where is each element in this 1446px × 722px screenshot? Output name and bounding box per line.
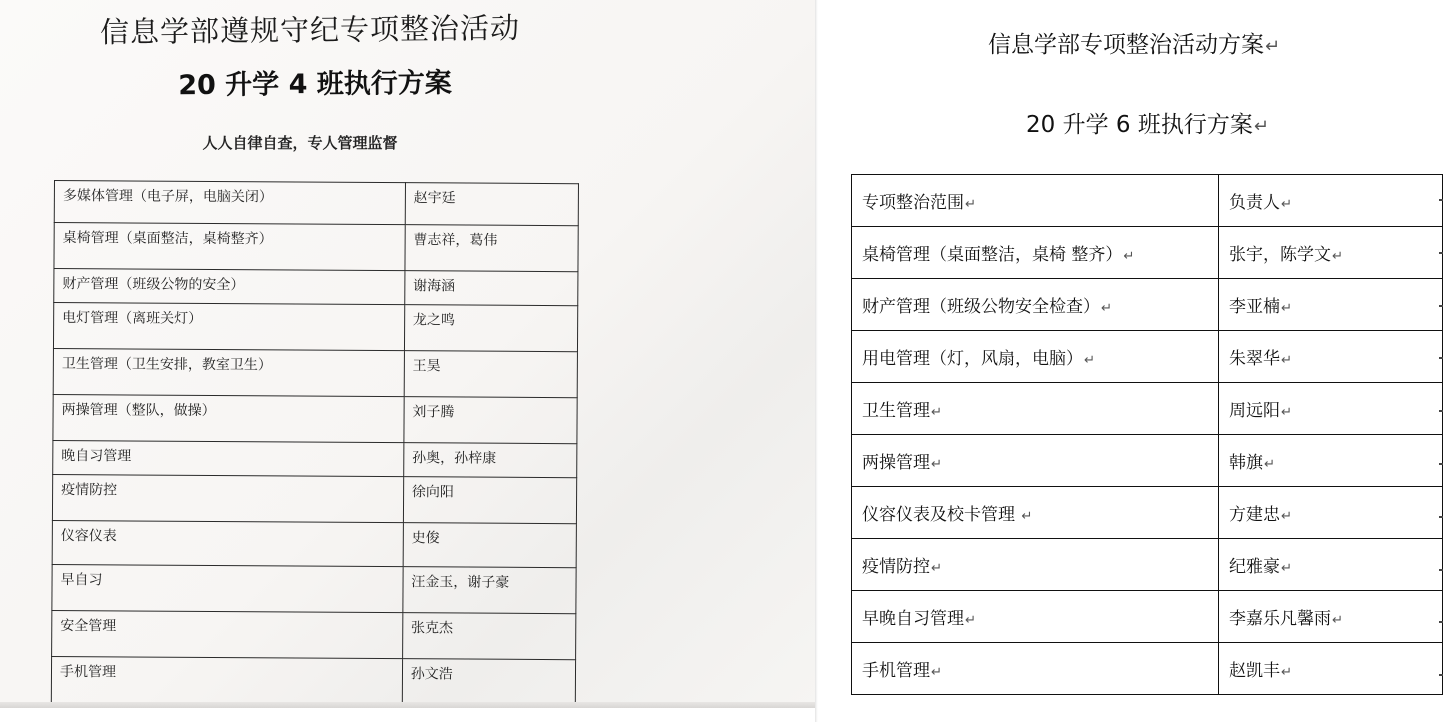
right-document: 信息学部专项整治活动方案↵ 20 升学 6 班执行方案↵ 专项整治范围↵ 负责人… (818, 0, 1446, 722)
table-row: 疫情防控徐向阳 (52, 474, 576, 523)
header-scope-cell: 专项整治范围↵ (852, 175, 1219, 227)
left-document-photo: 信息学部遵规守纪专项整治活动 20 升学 4 班执行方案 人人自律自查，专人管理… (0, 0, 815, 708)
scope-text: 桌椅管理（桌面整洁，桌椅 整齐） (862, 245, 1122, 265)
owner-cell: 孙奥，孙梓康 (403, 443, 576, 478)
left-duty-table: 多媒体管理（电子屏，电脑关闭）赵宇廷桌椅管理（桌面整洁，桌椅整齐）曹志祥，葛伟财… (51, 180, 579, 708)
scope-text: 财产管理（班级公物安全检查） (862, 297, 1100, 317)
right-title-line1-text: 信息学部专项整治活动方案 (988, 32, 1264, 58)
scope-cell: 两操管理（整队，做操） (53, 394, 404, 442)
row-end-mark-icon (1439, 674, 1443, 676)
row-end-mark-icon (1439, 252, 1443, 254)
scope-cell: 财产管理（班级公物安全检查）↵ (852, 279, 1219, 331)
owner-text: 张宇，陈学文 (1229, 245, 1331, 265)
left-subtitle: 人人自律自查，专人管理监督 (180, 132, 420, 153)
paragraph-mark-icon: ↵ (1265, 36, 1280, 57)
row-end-mark-icon (1439, 305, 1443, 307)
paragraph-mark-icon: ↵ (1332, 249, 1343, 264)
table-row: 卫生管理↵周远阳↵ (852, 383, 1443, 435)
owner-text: 赵凯丰 (1229, 661, 1280, 681)
right-duty-table: 专项整治范围↵ 负责人↵ 桌椅管理（桌面整洁，桌椅 整齐）↵张宇，陈学文↵财产管… (851, 174, 1443, 695)
paragraph-mark-icon: ↵ (1254, 116, 1269, 137)
scope-text: 用电管理（灯，风扇，电脑） (862, 349, 1083, 369)
paragraph-mark-icon: ↵ (1281, 509, 1292, 524)
header-scope-label: 专项整治范围 (862, 193, 964, 213)
table-row: 财产管理（班级公物安全检查）↵李亚楠↵ (852, 279, 1443, 331)
paragraph-mark-icon: ↵ (965, 613, 976, 628)
paragraph-mark-icon: ↵ (1281, 405, 1292, 420)
paragraph-mark-icon: ↵ (931, 457, 942, 472)
row-end-mark-icon (1439, 516, 1443, 518)
paragraph-mark-icon: ↵ (965, 197, 976, 212)
row-end-mark-icon (1439, 357, 1443, 359)
paragraph-mark-icon: ↵ (1281, 353, 1292, 368)
scope-cell: 桌椅管理（桌面整洁，桌椅 整齐）↵ (852, 227, 1219, 279)
table-row: 安全管理张克杰 (52, 610, 576, 659)
scope-cell: 早晚自习管理↵ (852, 591, 1219, 643)
owner-cell: 龙之鸣 (404, 305, 577, 352)
scope-text: 卫生管理 (862, 401, 930, 421)
row-end-mark-icon (1439, 199, 1443, 201)
scope-cell: 卫生管理（卫生安排，教室卫生） (53, 348, 404, 396)
owner-text: 李亚楠 (1229, 297, 1280, 317)
table-row: 手机管理↵赵凯丰↵ (852, 643, 1443, 695)
scope-cell: 晚自习管理 (53, 440, 404, 476)
right-title-line2: 20 升学 6 班执行方案↵ (1026, 106, 1326, 139)
table-row: 财产管理（班级公物的安全）谢海涵 (54, 269, 578, 306)
table-row: 早晚自习管理↵李嘉乐凡馨雨↵ (852, 591, 1443, 643)
table-header-row: 专项整治范围↵ 负责人↵ (852, 175, 1443, 227)
table-row: 多媒体管理（电子屏，电脑关闭）赵宇廷 (54, 181, 578, 226)
owner-text: 方建忠 (1229, 505, 1280, 525)
table-row: 晚自习管理孙奥，孙梓康 (53, 440, 577, 477)
table-row: 用电管理（灯，风扇，电脑）↵朱翠华↵ (852, 331, 1443, 383)
owner-cell: 李亚楠↵ (1219, 279, 1443, 331)
owner-cell: 谢海涵 (405, 271, 578, 306)
right-title-line2-text: 20 升学 6 班执行方案 (1026, 112, 1253, 138)
scope-cell: 仪容仪表及校卡管理 ↵ (852, 487, 1219, 539)
paragraph-mark-icon: ↵ (1264, 457, 1275, 472)
scope-cell: 疫情防控↵ (852, 539, 1219, 591)
scope-cell: 疫情防控 (52, 474, 403, 522)
owner-cell: 韩旗↵ (1219, 435, 1443, 487)
header-owner-label: 负责人 (1229, 193, 1280, 213)
scope-cell: 桌椅管理（桌面整洁，桌椅整齐） (54, 223, 405, 271)
owner-cell: 纪雅豪↵ (1219, 539, 1443, 591)
owner-cell: 史俊 (403, 523, 576, 568)
table-row: 两操管理（整队，做操）刘子腾 (53, 394, 577, 443)
table-row: 仪容仪表史俊 (52, 520, 576, 567)
table-row: 电灯管理（离班关灯）龙之鸣 (53, 303, 577, 352)
paragraph-mark-icon: ↵ (1281, 197, 1292, 212)
paragraph-mark-icon: ↵ (931, 405, 942, 420)
paragraph-mark-icon: ↵ (1101, 301, 1112, 316)
scope-text: 早晚自习管理 (862, 609, 964, 629)
left-title-line1: 信息学部遵规守纪专项整治活动 (100, 6, 520, 51)
scope-cell: 多媒体管理（电子屏，电脑关闭） (54, 181, 405, 225)
scope-cell: 早自习 (52, 564, 403, 612)
table-row: 两操管理↵韩旗↵ (852, 435, 1443, 487)
paragraph-mark-icon: ↵ (1281, 665, 1292, 680)
owner-text: 纪雅豪 (1229, 557, 1280, 577)
scope-text: 两操管理 (862, 453, 930, 473)
owner-text: 韩旗 (1229, 453, 1263, 473)
owner-cell: 刘子腾 (404, 397, 577, 444)
owner-cell: 赵宇廷 (405, 183, 578, 226)
owner-cell: 汪金玉，谢子豪 (403, 567, 576, 614)
table-row: 桌椅管理（桌面整洁，桌椅 整齐）↵张宇，陈学文↵ (852, 227, 1443, 279)
left-bottom-margin (0, 708, 815, 722)
paragraph-mark-icon: ↵ (1084, 353, 1095, 368)
scope-cell: 电灯管理（离班关灯） (53, 303, 404, 351)
paragraph-mark-icon: ↵ (1332, 613, 1343, 628)
scope-cell: 财产管理（班级公物的安全） (54, 269, 405, 305)
owner-text: 朱翠华 (1229, 349, 1280, 369)
scope-text: 疫情防控 (862, 557, 930, 577)
owner-cell: 王昊 (404, 351, 577, 398)
row-end-mark-icon (1439, 621, 1443, 623)
owner-cell: 孙文浩 (402, 659, 575, 706)
paragraph-mark-icon: ↵ (1021, 509, 1032, 524)
table-row: 仪容仪表及校卡管理 ↵方建忠↵ (852, 487, 1443, 539)
owner-cell: 曹志祥，葛伟 (405, 225, 578, 272)
scope-cell: 手机管理 (51, 656, 402, 704)
row-end-mark-icon (1439, 410, 1443, 412)
right-title-line1: 信息学部专项整治活动方案↵ (988, 26, 1328, 59)
owner-text: 李嘉乐凡馨雨 (1229, 609, 1331, 629)
left-title-line2: 20 升学 4 班执行方案 (150, 61, 480, 103)
scope-cell: 卫生管理↵ (852, 383, 1219, 435)
row-end-mark-icon (1439, 463, 1443, 465)
header-owner-cell: 负责人↵ (1219, 175, 1443, 227)
table-row: 手机管理孙文浩 (51, 656, 575, 705)
row-end-mark-icon (1439, 569, 1443, 571)
scope-cell: 安全管理 (52, 610, 403, 658)
paragraph-mark-icon: ↵ (1123, 249, 1134, 264)
scope-text: 仪容仪表及校卡管理 (862, 505, 1020, 525)
owner-cell: 周远阳↵ (1219, 383, 1443, 435)
paragraph-mark-icon: ↵ (931, 665, 942, 680)
scope-cell: 用电管理（灯，风扇，电脑）↵ (852, 331, 1219, 383)
table-row: 疫情防控↵纪雅豪↵ (852, 539, 1443, 591)
table-row: 桌椅管理（桌面整洁，桌椅整齐）曹志祥，葛伟 (54, 223, 578, 272)
owner-text: 周远阳 (1229, 401, 1280, 421)
paragraph-mark-icon: ↵ (1281, 561, 1292, 576)
table-row: 早自习汪金玉，谢子豪 (52, 564, 576, 613)
owner-cell: 方建忠↵ (1219, 487, 1443, 539)
owner-cell: 张宇，陈学文↵ (1219, 227, 1443, 279)
owner-cell: 徐向阳 (403, 477, 576, 524)
owner-cell: 李嘉乐凡馨雨↵ (1219, 591, 1443, 643)
scope-cell: 手机管理↵ (852, 643, 1219, 695)
paragraph-mark-icon: ↵ (1281, 301, 1292, 316)
scope-cell: 两操管理↵ (852, 435, 1219, 487)
owner-cell: 朱翠华↵ (1219, 331, 1443, 383)
owner-cell: 张克杰 (402, 613, 575, 660)
owner-cell: 赵凯丰↵ (1219, 643, 1443, 695)
table-row: 卫生管理（卫生安排，教室卫生）王昊 (53, 348, 577, 397)
scope-cell: 仪容仪表 (52, 520, 403, 566)
scope-text: 手机管理 (862, 661, 930, 681)
paragraph-mark-icon: ↵ (931, 561, 942, 576)
